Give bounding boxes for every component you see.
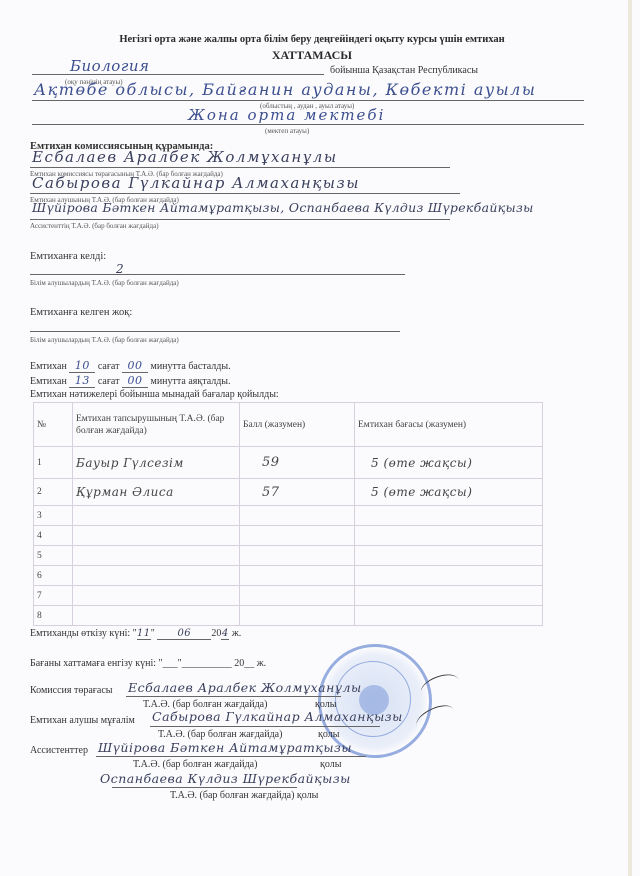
start-time-row: Емтихан 10 сағат 00 минутта басталды. [30, 359, 231, 373]
sig-chair-label: Комиссия төрағасы [30, 685, 113, 696]
start-prefix: Емтихан [30, 361, 67, 372]
end-min-value[interactable]: 00 [122, 374, 148, 388]
sig-examiner-signature-word: қолы [318, 729, 339, 740]
row-name[interactable] [73, 506, 240, 526]
row-number: 2 [34, 479, 73, 506]
location-line [32, 100, 584, 101]
commission-chair-line [30, 167, 450, 168]
commission-assistants-value[interactable]: Шүйірова Бәткен Айтамұратқызы, Оспанбаев… [32, 200, 534, 215]
row-grade[interactable] [355, 586, 543, 606]
header-score: Балл (жазумен) [240, 403, 355, 447]
commission-examiner-line [30, 193, 460, 194]
table-row: 1 Бауыр Гүлсезім 59 5 (өте жақсы) [34, 447, 543, 479]
sig-assistant2-value[interactable]: Оспанбаева Күлдиз Шүрекбайқызы [100, 771, 351, 786]
table-row: 2 Құрман Әлиса 57 5 (өте жақсы) [34, 479, 543, 506]
table-row: 7 [34, 586, 543, 606]
start-suffix: минутта басталды. [150, 361, 230, 372]
school-value[interactable]: Жона орта мектебі [188, 106, 385, 124]
sig-examiner-line [150, 726, 380, 727]
row-number: 4 [34, 526, 73, 546]
row-name[interactable]: Құрман Әлиса [73, 479, 240, 506]
table-header-row: № Емтихан тапсырушының Т.А.Ә. (бар болға… [34, 403, 543, 447]
exam-date-end: ж. [232, 628, 241, 639]
sig-assistant1-value[interactable]: Шүйірова Бәткен Айтамұратқызы [98, 740, 352, 755]
exam-date-year-prefix: 20 [211, 628, 221, 639]
row-number: 8 [34, 606, 73, 626]
row-score[interactable]: 59 [240, 447, 355, 479]
document-title-line1: Негізгі орта және жалпы орта білім беру … [0, 34, 632, 45]
sig-examiner-label: Емтихан алушы мұғалім [30, 715, 135, 726]
sig-assistant2-line [112, 787, 297, 788]
row-number: 5 [34, 546, 73, 566]
row-name[interactable] [73, 566, 240, 586]
end-hour-word: сағат [98, 376, 120, 387]
row-name[interactable] [73, 606, 240, 626]
exam-date-row: Емтиханды өткізу күні: "11" 06204 ж. [30, 628, 241, 640]
table-row: 6 [34, 566, 543, 586]
sig-examiner-value[interactable]: Сабырова Гүлкайнар Алмаханқызы [152, 709, 403, 724]
subject-suffix: бойынша Қазақстан Республикасы [330, 65, 478, 76]
results-intro: Емтихан нәтижелері бойынша мынадай бағал… [30, 389, 279, 400]
exam-date-day[interactable]: 11 [137, 628, 151, 640]
end-time-row: Емтихан 13 сағат 00 минутта аяқталды. [30, 374, 231, 388]
row-grade[interactable] [355, 546, 543, 566]
table-row: 5 [34, 546, 543, 566]
table-row: 8 [34, 606, 543, 626]
row-name[interactable] [73, 546, 240, 566]
header-grade: Емтихан бағасы (жазумен) [355, 403, 543, 447]
row-grade[interactable] [355, 566, 543, 586]
header-name: Емтихан тапсырушының Т.А.Ә. (бар болған … [73, 403, 240, 447]
absent-line [30, 331, 400, 332]
row-name[interactable]: Бауыр Гүлсезім [73, 447, 240, 479]
commission-assistants-caption: Ассистенттің Т.А.Ә. (бар болған жағдайда… [30, 222, 159, 230]
end-prefix: Емтихан [30, 376, 67, 387]
sig-assistants-label: Ассистенттер [30, 745, 88, 756]
row-name[interactable] [73, 586, 240, 606]
table-row: 4 [34, 526, 543, 546]
row-number: 3 [34, 506, 73, 526]
grades-table: № Емтихан тапсырушының Т.А.Ә. (бар болға… [33, 402, 543, 626]
row-number: 7 [34, 586, 73, 606]
row-grade[interactable]: 5 (өте жақсы) [355, 447, 543, 479]
start-hour-value[interactable]: 10 [69, 359, 95, 373]
row-score[interactable] [240, 566, 355, 586]
row-grade[interactable] [355, 506, 543, 526]
sig-assistant1-signature-word: қолы [320, 759, 341, 770]
row-score[interactable] [240, 586, 355, 606]
school-caption: (мектеп атауы) [265, 127, 309, 135]
exam-date-month[interactable]: 06 [157, 628, 211, 640]
scan-page-edge [628, 0, 632, 876]
row-name[interactable] [73, 526, 240, 546]
row-score[interactable]: 57 [240, 479, 355, 506]
end-suffix: минутта аяқталды. [150, 376, 230, 387]
attended-caption: Білім алушылардың Т.А.Ә. (бар болған жағ… [30, 279, 179, 287]
commission-examiner-value[interactable]: Сабырова Гүлкайнар Алмаханқызы [32, 174, 360, 192]
location-value[interactable]: Ақтөбе облысы, Байғанин ауданы, Көбекті … [34, 80, 536, 99]
row-score[interactable] [240, 526, 355, 546]
sig-assistant1-caption: Т.А.Ә. (бар болған жағдайда) [133, 759, 257, 770]
attended-line [30, 274, 405, 275]
exam-date-year-suffix[interactable]: 4 [221, 628, 229, 640]
start-min-value[interactable]: 00 [122, 359, 148, 373]
sig-assistant1-line [96, 756, 366, 757]
header-number: № [34, 403, 73, 447]
row-grade[interactable]: 5 (өте жақсы) [355, 479, 543, 506]
table-row: 3 [34, 506, 543, 526]
commission-chair-value[interactable]: Есбалаев Аралбек Жолмұханұлы [32, 148, 338, 166]
commission-assistants-line [30, 219, 450, 220]
absent-label: Емтиханға келген жоқ: [30, 307, 132, 318]
sig-assistant2-caption: Т.А.Ә. (бар болған жағдайда) қолы [170, 790, 318, 801]
start-hour-word: сағат [98, 361, 120, 372]
row-score[interactable] [240, 546, 355, 566]
row-number: 6 [34, 566, 73, 586]
exam-date-mid: " [151, 628, 155, 639]
sig-chair-value[interactable]: Есбалаев Аралбек Жолмұханұлы [128, 680, 362, 695]
sig-chair-line [126, 696, 341, 697]
end-hour-value[interactable]: 13 [69, 374, 95, 388]
row-score[interactable] [240, 506, 355, 526]
row-number: 1 [34, 447, 73, 479]
exam-date-label: Емтиханды өткізу күні: " [30, 628, 137, 639]
subject-line [32, 74, 324, 75]
absent-caption: Білім алушылардың Т.А.Ә. (бар болған жағ… [30, 336, 179, 344]
row-grade[interactable] [355, 526, 543, 546]
entry-date-text[interactable]: Бағаны хаттамаға енгізу күні: "___"_____… [30, 658, 266, 669]
school-line [32, 124, 584, 125]
row-grade[interactable] [355, 606, 543, 626]
sig-examiner-caption: Т.А.Ә. (бар болған жағдайда) [158, 729, 282, 740]
row-score[interactable] [240, 606, 355, 626]
subject-value[interactable]: Биология [70, 57, 149, 75]
attended-label: Емтиханға келді: [30, 251, 106, 262]
